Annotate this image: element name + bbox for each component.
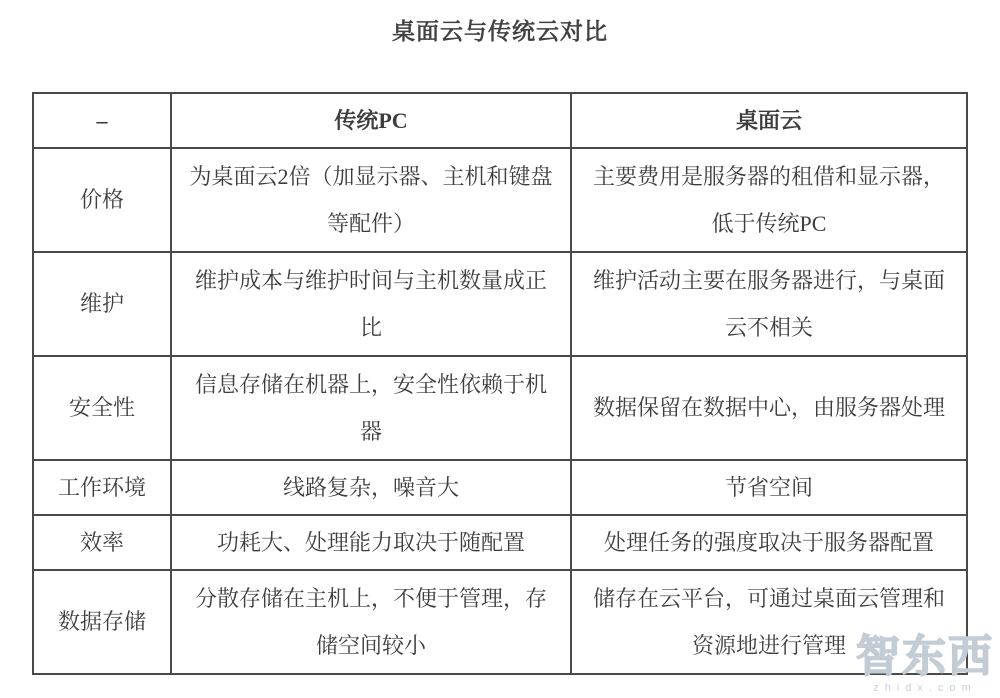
cell-security-traditional-pc: 信息存储在机器上，安全性依赖于机器	[171, 356, 571, 460]
cell-efficiency-desktop-cloud: 处理任务的强度取决于服务器配置	[571, 515, 967, 570]
table-row-environment: 工作环境 线路复杂，噪音大 节省空间	[33, 460, 967, 515]
table-row-security: 安全性 信息存储在机器上，安全性依赖于机器 数据保留在数据中心，由服务器处理	[33, 356, 967, 460]
table-row-maintenance: 维护 维护成本与维护时间与主机数量成正比 维护活动主要在服务器进行，与桌面云不相…	[33, 252, 967, 356]
cell-environment-traditional-pc: 线路复杂，噪音大	[171, 460, 571, 515]
cell-maintenance-traditional-pc: 维护成本与维护时间与主机数量成正比	[171, 252, 571, 356]
cell-storage-traditional-pc: 分散存储在主机上，不便于管理，存储空间较小	[171, 570, 571, 674]
row-label-storage: 数据存储	[33, 570, 171, 674]
cell-maintenance-desktop-cloud: 维护活动主要在服务器进行，与桌面云不相关	[571, 252, 967, 356]
cell-environment-desktop-cloud: 节省空间	[571, 460, 967, 515]
row-label-maintenance: 维护	[33, 252, 171, 356]
document-page: 桌面云与传统云对比 – 传统PC 桌面云 价格 为桌面云2倍（加显示器、主机和键…	[0, 0, 1000, 698]
table-header-row: – 传统PC 桌面云	[33, 93, 967, 148]
table-row-storage: 数据存储 分散存储在主机上，不便于管理，存储空间较小 储存在云平台，可通过桌面云…	[33, 570, 967, 674]
row-label-security: 安全性	[33, 356, 171, 460]
page-title: 桌面云与传统云对比	[0, 13, 1000, 46]
cell-price-desktop-cloud: 主要费用是服务器的租借和显示器，低于传统PC	[571, 148, 967, 252]
header-cell-desktop-cloud: 桌面云	[571, 93, 967, 148]
cell-efficiency-traditional-pc: 功耗大、处理能力取决于随配置	[171, 515, 571, 570]
table-row-efficiency: 效率 功耗大、处理能力取决于随配置 处理任务的强度取决于服务器配置	[33, 515, 967, 570]
cell-security-desktop-cloud: 数据保留在数据中心，由服务器处理	[571, 356, 967, 460]
comparison-table: – 传统PC 桌面云 价格 为桌面云2倍（加显示器、主机和键盘等配件） 主要费用…	[32, 92, 968, 675]
row-label-environment: 工作环境	[33, 460, 171, 515]
header-cell-traditional-pc: 传统PC	[171, 93, 571, 148]
zhidx-domain-text: zhidx.com	[846, 682, 1000, 694]
row-label-efficiency: 效率	[33, 515, 171, 570]
cell-price-traditional-pc: 为桌面云2倍（加显示器、主机和键盘等配件）	[171, 148, 571, 252]
header-cell-blank: –	[33, 93, 171, 148]
table-row-price: 价格 为桌面云2倍（加显示器、主机和键盘等配件） 主要费用是服务器的租借和显示器…	[33, 148, 967, 252]
row-label-price: 价格	[33, 148, 171, 252]
cell-storage-desktop-cloud: 储存在云平台，可通过桌面云管理和资源地进行管理	[571, 570, 967, 674]
